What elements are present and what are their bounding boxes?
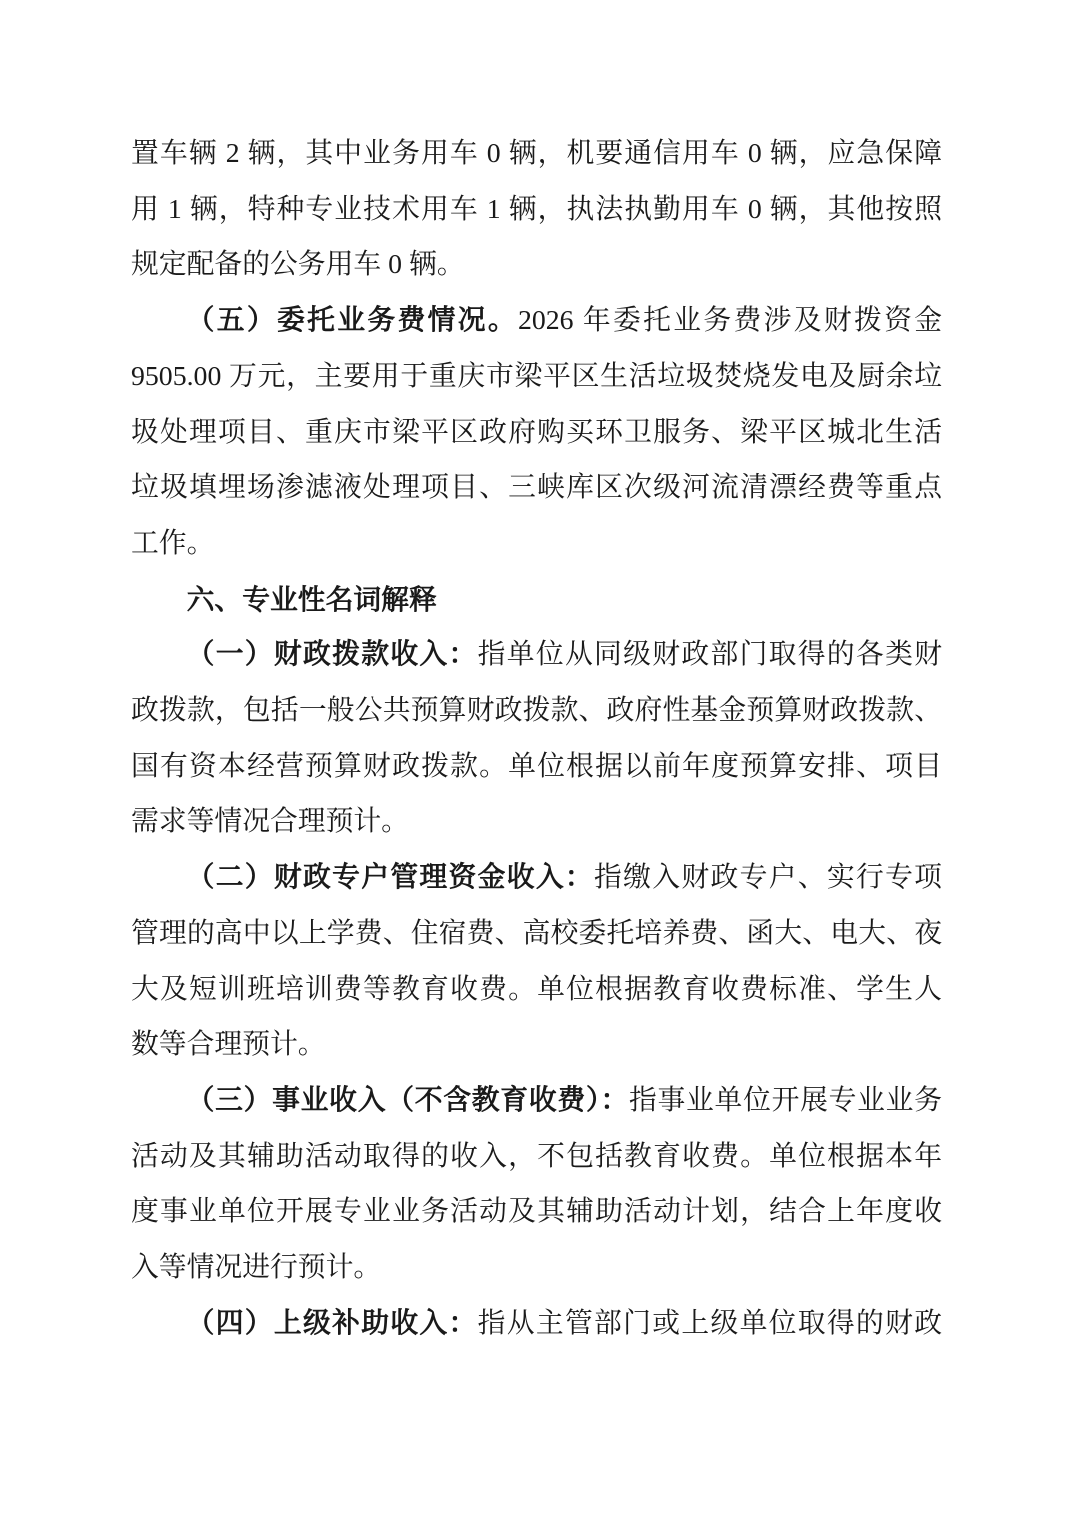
line-text: 度事业单位开展专业业务活动及其辅助活动计划，结合上年度收 <box>131 1196 942 1227</box>
line-text: 入等情况进行预计。 <box>131 1252 381 1283</box>
text-line: 入等情况进行预计。 <box>131 1240 942 1296</box>
text-line: 置车辆 2 辆，其中业务用车 0 辆，机要通信用车 0 辆，应急保障 <box>131 126 942 182</box>
term-label: （二）财政专户管理资金收入： <box>187 862 594 893</box>
text-line: 需求等情况合理预计。 <box>131 794 942 850</box>
line-text: 圾处理项目、重庆市梁平区政府购买环卫服务、梁平区城北生活 <box>131 417 942 448</box>
line-text: 国有资本经营预算财政拨款。单位根据以前年度预算安排、项目 <box>131 751 942 782</box>
line-text: 指缴入财政专户、实行专项 <box>594 862 942 893</box>
term-label: （三）事业收入（不含教育收费）： <box>187 1085 629 1116</box>
line-text: 垃圾填埋场渗滤液处理项目、三峡库区次级河流清漂经费等重点 <box>131 472 942 503</box>
text-line: 活动及其辅助活动取得的收入，不包括教育收费。单位根据本年 <box>131 1129 942 1185</box>
section-heading: 六、专业性名词解释 <box>131 572 942 628</box>
line-text: 工作。 <box>131 528 214 559</box>
line-text: 需求等情况合理预计。 <box>131 806 409 837</box>
text-line: 垃圾填埋场渗滤液处理项目、三峡库区次级河流清漂经费等重点 <box>131 460 942 516</box>
text-line: （一）财政拨款收入：指单位从同级财政部门取得的各类财 <box>131 627 942 683</box>
line-text: 活动及其辅助活动取得的收入，不包括教育收费。单位根据本年 <box>131 1141 942 1172</box>
term-label: （五）委托业务费情况。 <box>187 305 518 336</box>
text-line: 圾处理项目、重庆市梁平区政府购买环卫服务、梁平区城北生活 <box>131 405 942 461</box>
line-text: 政拨款，包括一般公共预算财政拨款、政府性基金预算财政拨款、 <box>131 695 942 726</box>
term-label: （一）财政拨款收入： <box>187 639 478 670</box>
text-line: 政拨款，包括一般公共预算财政拨款、政府性基金预算财政拨款、 <box>131 683 942 739</box>
text-line: （五）委托业务费情况。2026 年委托业务费涉及财拨资金 <box>131 293 942 349</box>
line-text: 管理的高中以上学费、住宿费、高校委托培养费、函大、电大、夜 <box>131 918 942 949</box>
text-line: 规定配备的公务用车 0 辆。 <box>131 237 942 293</box>
text-line: 管理的高中以上学费、住宿费、高校委托培养费、函大、电大、夜 <box>131 906 942 962</box>
line-text: 指事业单位开展专业业务 <box>629 1085 942 1116</box>
text-line: 工作。 <box>131 516 942 572</box>
line-text: 指单位从同级财政部门取得的各类财 <box>478 639 942 670</box>
line-text: 指从主管部门或上级单位取得的财政 <box>478 1308 942 1339</box>
line-text: 9505.00 万元，主要用于重庆市梁平区生活垃圾焚烧发电及厨余垃 <box>131 361 942 392</box>
text-line: 9505.00 万元，主要用于重庆市梁平区生活垃圾焚烧发电及厨余垃 <box>131 349 942 405</box>
text-line: （三）事业收入（不含教育收费）：指事业单位开展专业业务 <box>131 1073 942 1129</box>
term-label: （四）上级补助收入： <box>187 1308 478 1339</box>
line-text: 规定配备的公务用车 0 辆。 <box>131 249 465 280</box>
text-line: 国有资本经营预算财政拨款。单位根据以前年度预算安排、项目 <box>131 739 942 795</box>
text-line: 数等合理预计。 <box>131 1017 942 1073</box>
line-text: 置车辆 2 辆，其中业务用车 0 辆，机要通信用车 0 辆，应急保障 <box>131 138 942 169</box>
line-text: 大及短训班培训费等教育收费。单位根据教育收费标准、学生人 <box>131 974 942 1005</box>
document-page: 置车辆 2 辆，其中业务用车 0 辆，机要通信用车 0 辆，应急保障用 1 辆，… <box>0 0 1074 1520</box>
line-text: 六、专业性名词解释 <box>187 584 437 615</box>
document-body: 置车辆 2 辆，其中业务用车 0 辆，机要通信用车 0 辆，应急保障用 1 辆，… <box>131 126 942 1351</box>
line-text: 2026 年委托业务费涉及财拨资金 <box>518 305 942 336</box>
text-line: （二）财政专户管理资金收入：指缴入财政专户、实行专项 <box>131 850 942 906</box>
line-text: 用 1 辆，特种专业技术用车 1 辆，执法执勤用车 0 辆，其他按照 <box>131 194 942 225</box>
text-line: 度事业单位开展专业业务活动及其辅助活动计划，结合上年度收 <box>131 1184 942 1240</box>
text-line: 用 1 辆，特种专业技术用车 1 辆，执法执勤用车 0 辆，其他按照 <box>131 182 942 238</box>
line-text: 数等合理预计。 <box>131 1029 326 1060</box>
text-line: （四）上级补助收入：指从主管部门或上级单位取得的财政 <box>131 1296 942 1352</box>
text-line: 大及短训班培训费等教育收费。单位根据教育收费标准、学生人 <box>131 962 942 1018</box>
